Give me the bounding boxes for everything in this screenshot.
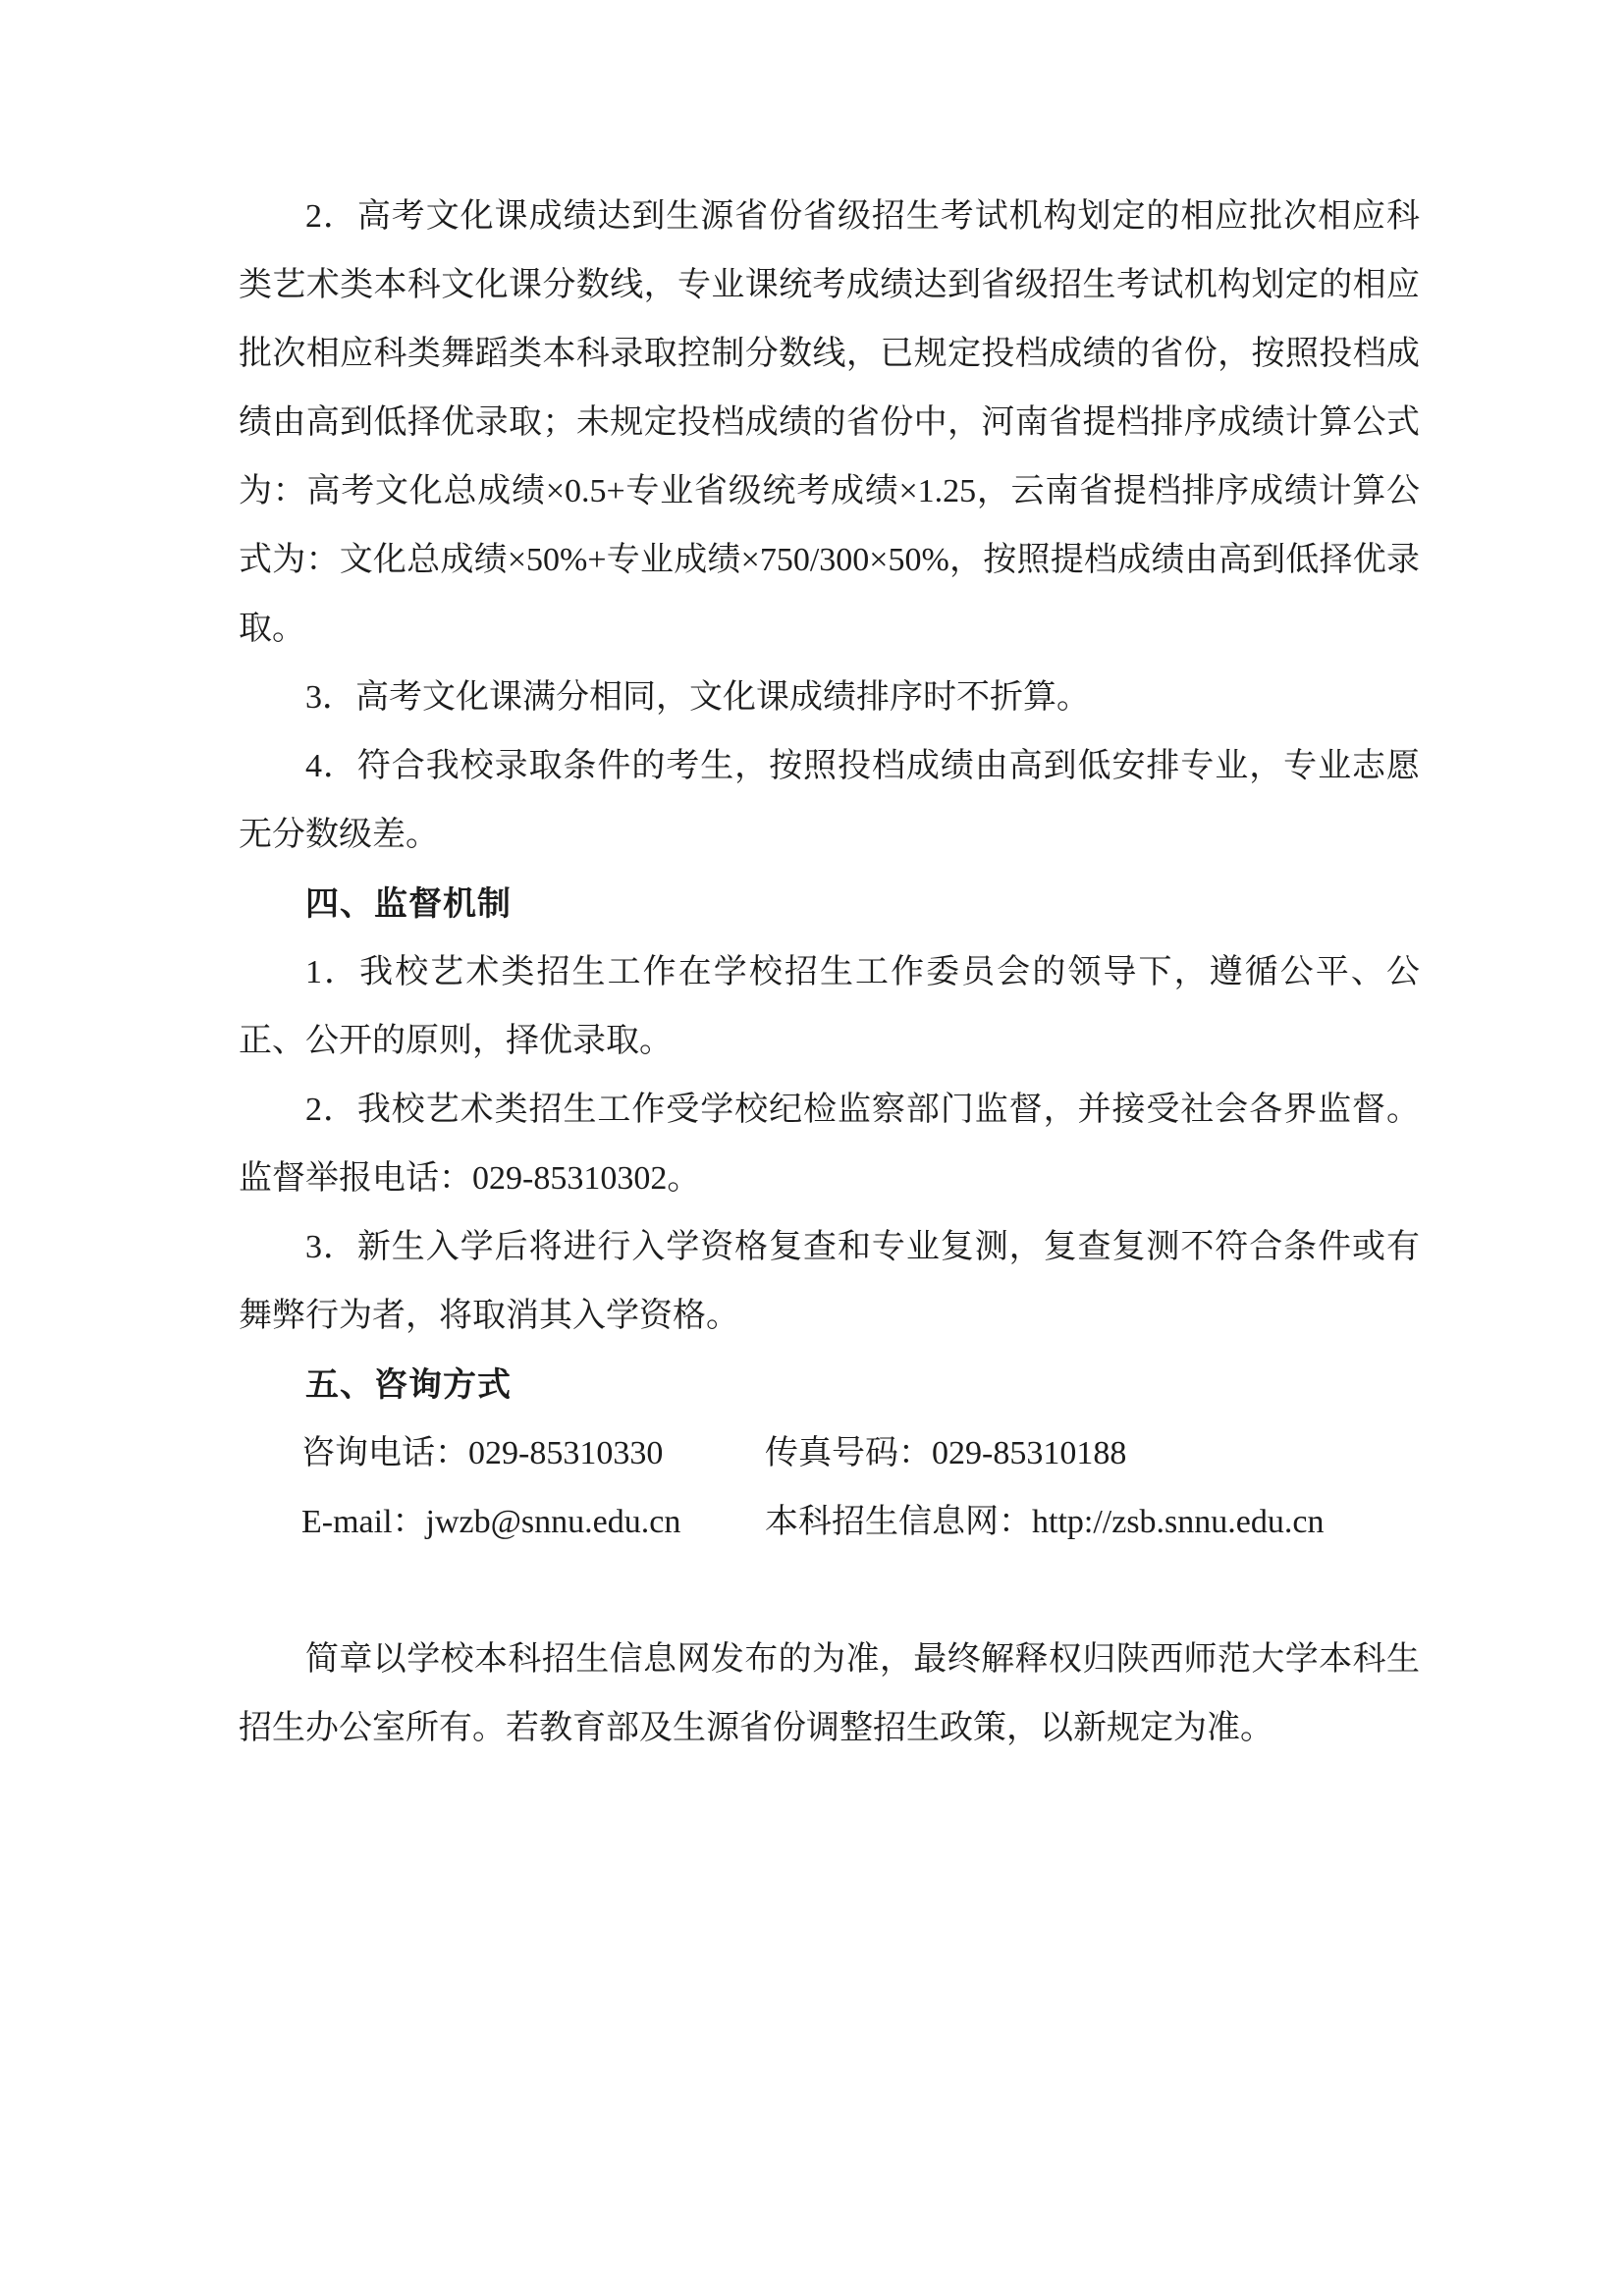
section-heading-supervision: 四、监督机制 [239,870,1420,938]
paragraph-admission-rule-4: 4．符合我校录取条件的考生，按照投档成绩由高到低安排专业，专业志愿无分数级差。 [239,732,1420,870]
contact-row-email-website: E-mail：jwzb@snnu.edu.cn 本科招生信息网：http://z… [239,1488,1420,1557]
paragraph-supervision-3: 3．新生入学后将进行入学资格复查和专业复测，复查复测不符合条件或有舞弊行为者，将… [239,1213,1420,1351]
paragraph-final-note: 简章以学校本科招生信息网发布的为准，最终解释权归陕西师范大学本科生招生办公室所有… [239,1626,1420,1763]
paragraph-supervision-2: 2．我校艺术类招生工作受学校纪检监察部门监督，并接受社会各界监督。监督举报电话：… [239,1076,1420,1213]
blank-line-spacer [239,1557,1420,1626]
paragraph-admission-rule-3: 3．高考文化课满分相同，文化课成绩排序时不折算。 [239,664,1420,732]
email-address: E-mail：jwzb@snnu.edu.cn [301,1488,765,1557]
contact-row-phone-fax: 咨询电话：029-85310330 传真号码：029-85310188 [239,1419,1420,1488]
paragraph-admission-rule-2: 2．高考文化课成绩达到生源省份省级招生考试机构划定的相应批次相应科类艺术类本科文… [239,183,1420,664]
consult-phone-number: 咨询电话：029-85310330 [301,1419,765,1488]
admission-website-url: 本科招生信息网：http://zsb.snnu.edu.cn [765,1488,1420,1557]
paragraph-supervision-1: 1．我校艺术类招生工作在学校招生工作委员会的领导下，遵循公平、公正、公开的原则，… [239,938,1420,1076]
document-page: 2．高考文化课成绩达到生源省份省级招生考试机构划定的相应批次相应科类艺术类本科文… [0,0,1624,2296]
section-heading-consult: 五、咨询方式 [239,1351,1420,1419]
fax-number: 传真号码：029-85310188 [765,1419,1420,1488]
